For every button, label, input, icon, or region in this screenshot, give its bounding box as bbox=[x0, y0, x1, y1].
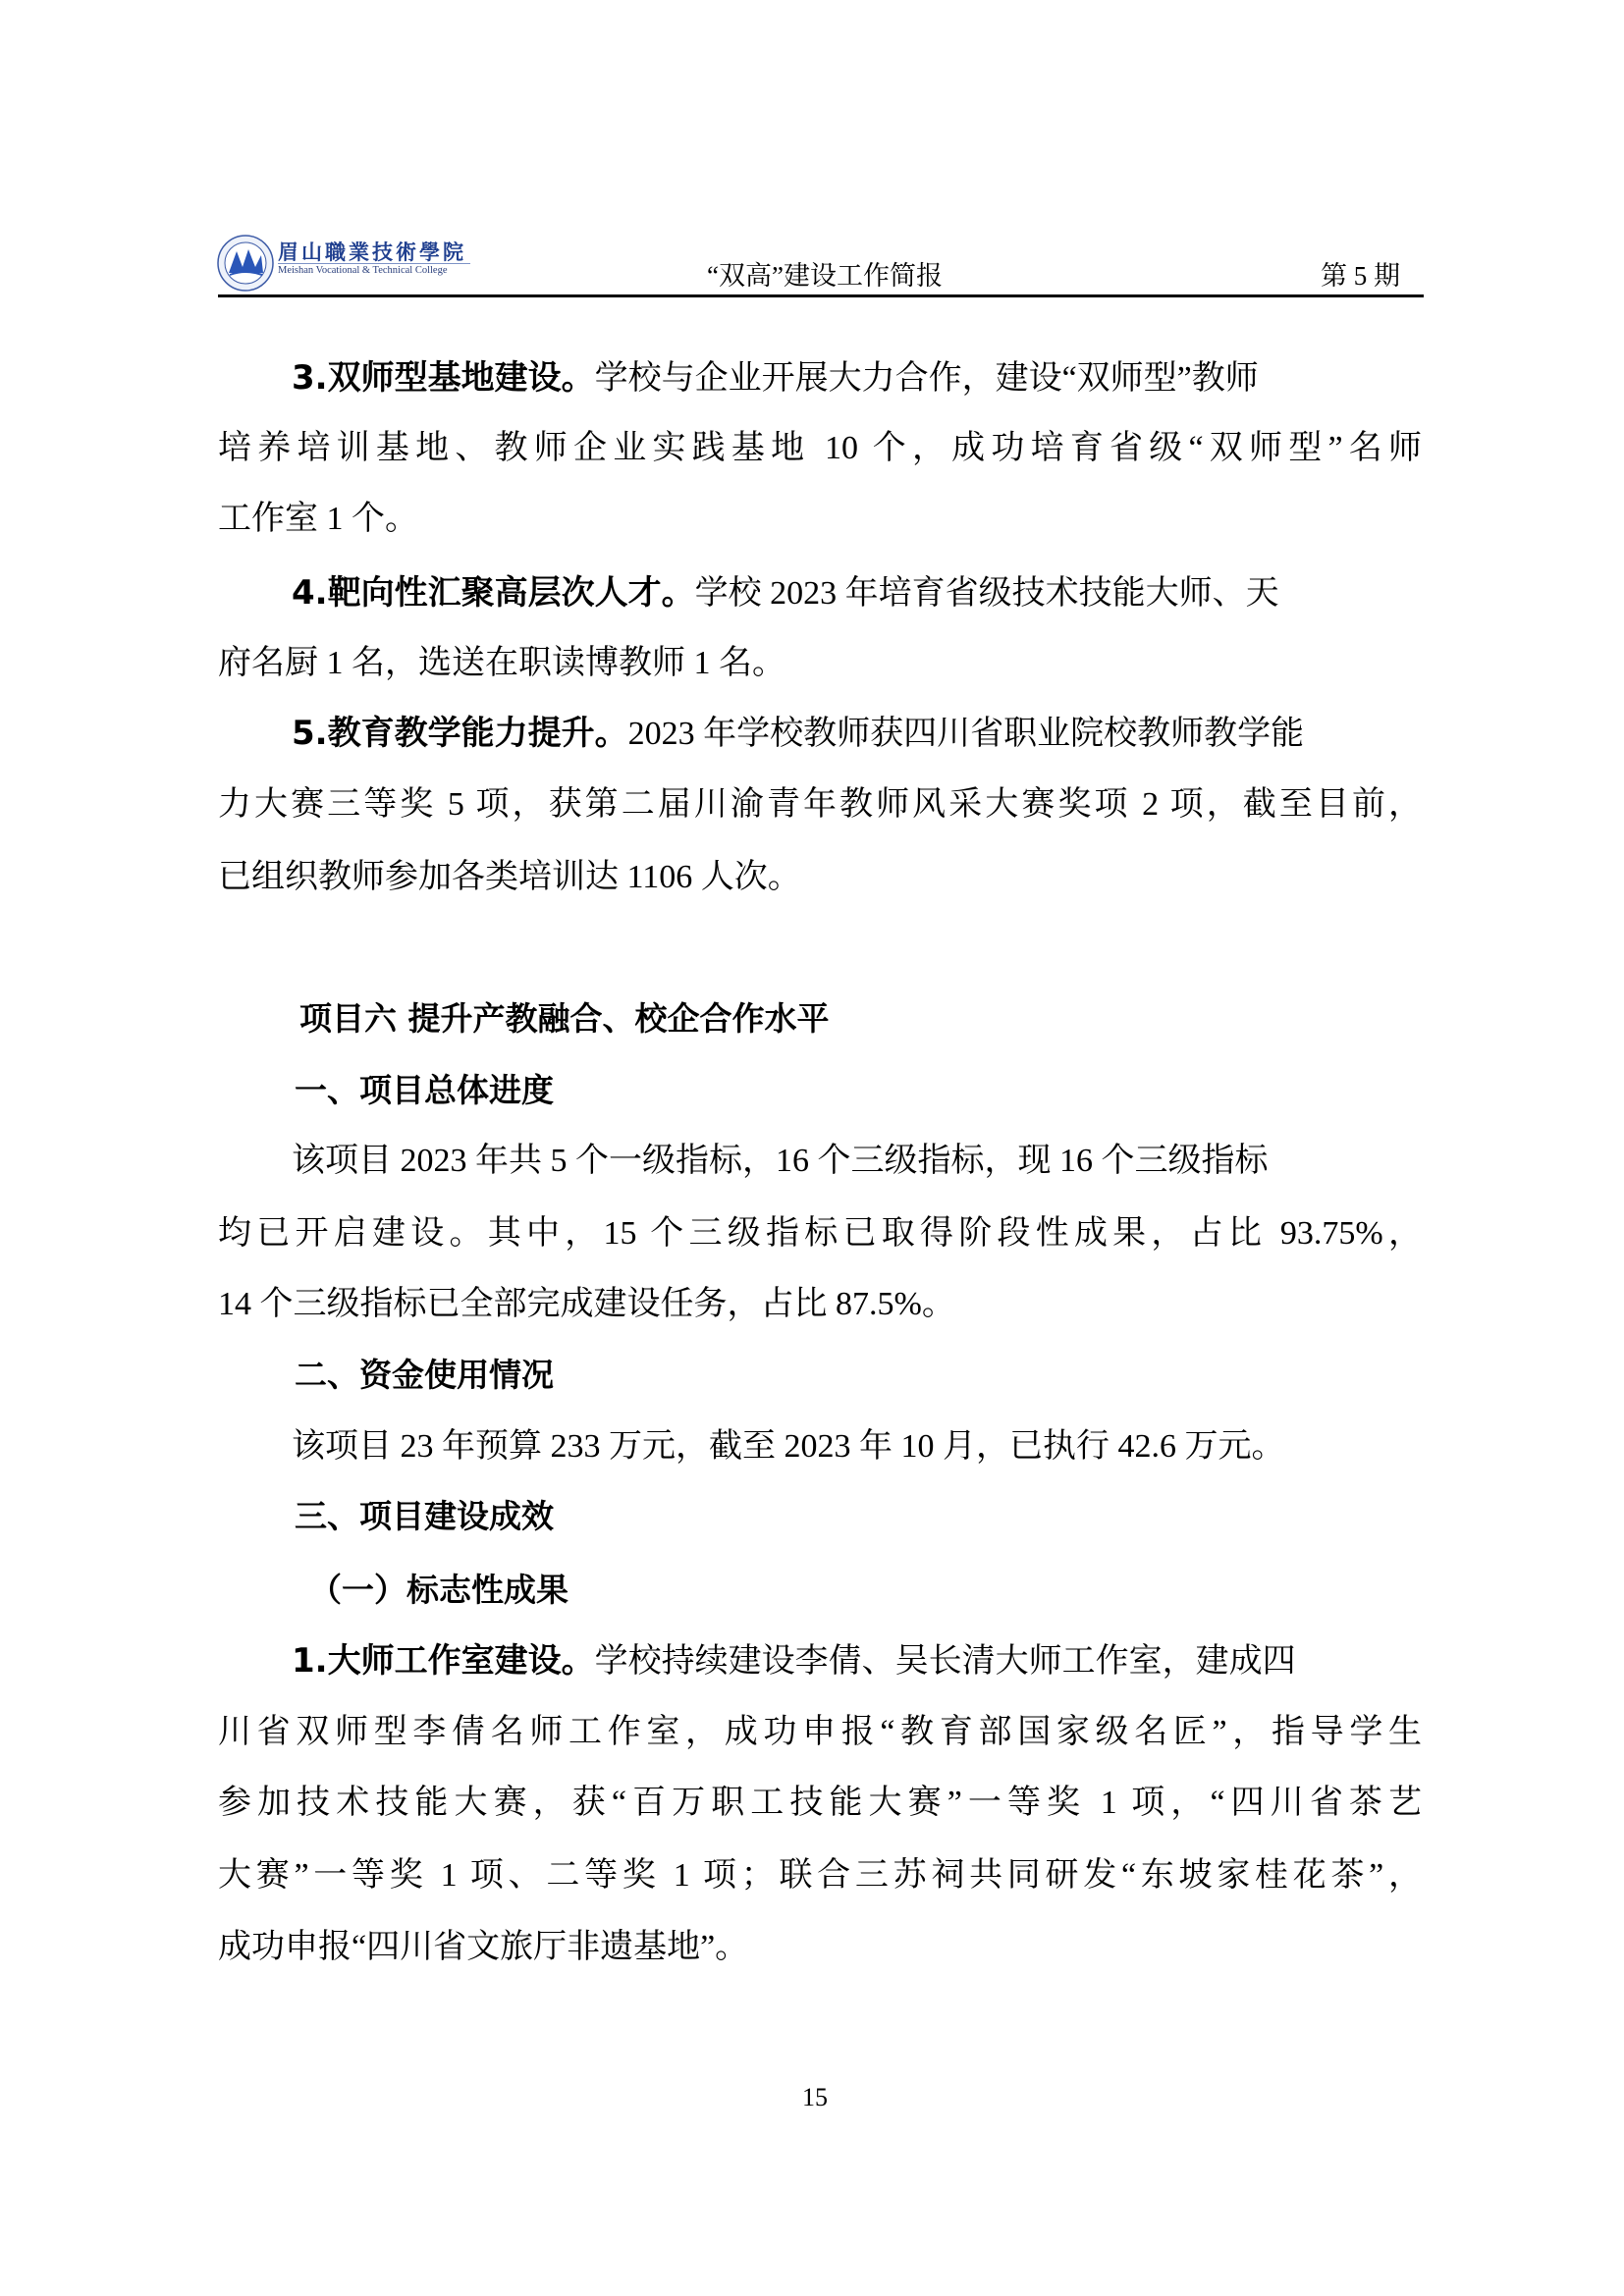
result1-line-5: 成功申报“四川省文旅厅非遗基地”。 bbox=[218, 1926, 1422, 1969]
page-number: 15 bbox=[785, 2083, 844, 2112]
results-subheading: （一）标志性成果 bbox=[309, 1569, 1513, 1612]
item3-line-3: 工作室 1 个。 bbox=[218, 498, 1422, 541]
item5-lead: 5.教育教学能力提升。 bbox=[292, 714, 628, 753]
progress-heading: 一、项目总体进度 bbox=[295, 1069, 1498, 1112]
result1-lead: 1.大师工作室建设。 bbox=[292, 1641, 595, 1681]
item5-line-3: 已组织教师参加各类培训达 1106 人次。 bbox=[218, 856, 1422, 899]
bulletin-title: “双高”建设工作简报 bbox=[707, 254, 943, 293]
result1-line-4: 大赛”一等奖 1 项、二等奖 1 项；联合三苏祠共同研发“东坡家桂花茶”， bbox=[218, 1854, 1422, 1897]
college-name-en: Meishan Vocational & Technical College bbox=[278, 265, 447, 276]
item3-line-2: 培养培训基地、教师企业实践基地 10 个，成功培育省级“双师型”名师 bbox=[218, 427, 1422, 470]
project6-title: 项目六 提升产教融合、校企合作水平 bbox=[299, 997, 1503, 1041]
result1-line-1: 1.大师工作室建设。学校持续建设李倩、吴长清大师工作室，建成四 bbox=[292, 1639, 1422, 1682]
logo-divider bbox=[278, 263, 470, 264]
college-name-cn: 眉山職業技術學院 bbox=[278, 237, 466, 266]
header-rule bbox=[218, 294, 1424, 297]
item4-line-1: 4.靶向性汇聚高层次人才。学校 2023 年培育省级技术技能大师、天 bbox=[292, 571, 1422, 614]
item4-line-2: 府名厨 1 名，选送在职读博教师 1 名。 bbox=[218, 642, 1422, 685]
progress-line-2: 均已开启建设。其中，15 个三级指标已取得阶段性成果，占比 93.75%， bbox=[218, 1212, 1422, 1255]
result1-line-2: 川省双师型李倩名师工作室，成功申报“教育部国家级名匠”，指导学生 bbox=[218, 1711, 1422, 1754]
funding-heading: 二、资金使用情况 bbox=[295, 1354, 1498, 1397]
item5-line-1: 5.教育教学能力提升。2023 年学校教师获四川省职业院校教师教学能 bbox=[292, 712, 1422, 755]
college-logo-icon bbox=[216, 234, 275, 293]
item4-lead: 4.靶向性汇聚高层次人才。 bbox=[292, 573, 695, 613]
progress-line-1: 该项目 2023 年共 5 个一级指标，16 个三级指标，现 16 个三级指标 bbox=[292, 1140, 1422, 1183]
item5-line-2: 力大赛三等奖 5 项，获第二届川渝青年教师风采大赛奖项 2 项，截至目前， bbox=[218, 783, 1422, 827]
progress-line-3: 14 个三级指标已全部完成建设任务，占比 87.5%。 bbox=[218, 1283, 1422, 1326]
item3-lead: 3.双师型基地建设。 bbox=[292, 358, 595, 398]
result1-line-3: 参加技术技能大赛，获“百万职工技能大赛”一等奖 1 项，“四川省茶艺 bbox=[218, 1782, 1422, 1825]
results-heading: 三、项目建设成效 bbox=[295, 1495, 1498, 1538]
issue-number: 第 5 期 bbox=[1321, 254, 1400, 293]
funding-line: 该项目 23 年预算 233 万元，截至 2023 年 10 月，已执行 42.… bbox=[292, 1425, 1422, 1468]
item3-line-1: 3.双师型基地建设。学校与企业开展大力合作，建设“双师型”教师 bbox=[292, 356, 1422, 400]
